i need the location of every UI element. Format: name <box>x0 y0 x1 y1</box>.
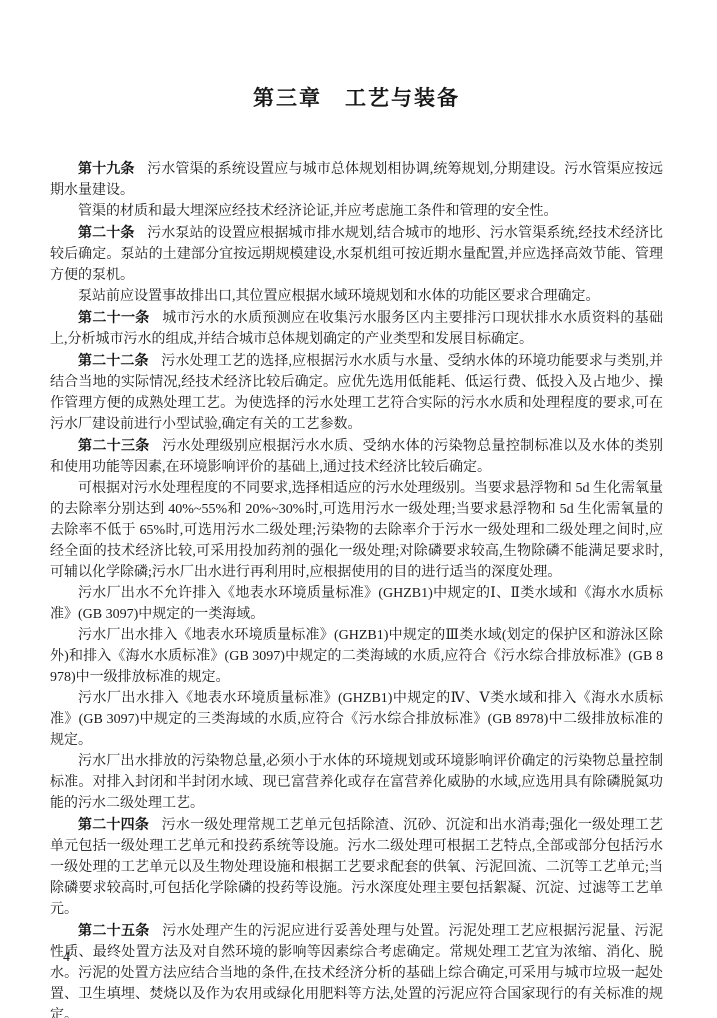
paragraph: 管渠的材质和最大埋深应经技术经济论证,并应考虑施工条件和管理的安全性。 <box>50 201 663 222</box>
paragraph: 第二十三条污水处理级别应根据污水水质、受纳水体的污染物总量控制标准以及水体的类别… <box>50 435 663 478</box>
paragraph-text: 污水厂出水排放的污染物总量,必须小于水体的环境规划或环境影响评价确定的污染物总量… <box>50 754 663 811</box>
article-number: 第二十条 <box>78 224 135 240</box>
document-body: 第十九条污水管渠的系统设置应与城市总体规划相协调,统筹规划,分期建设。污水管渠应… <box>50 158 663 1018</box>
paragraph-text: 污水处理产生的污泥应进行妥善处理与处置。污泥处理工艺应根据污泥量、污泥性质、最终… <box>50 924 663 1018</box>
paragraph: 第二十五条污水处理产生的污泥应进行妥善处理与处置。污泥处理工艺应根据污泥量、污泥… <box>50 920 663 1018</box>
article-number: 第二十二条 <box>78 352 149 368</box>
paragraph: 第二十四条污水一级处理常规工艺单元包括除渣、沉砂、沉淀和出水消毒;强化一级处理工… <box>50 814 663 920</box>
paragraph-text: 污水厂出水排入《地表水环境质量标准》(GHZB1)中规定的Ⅲ类水域(划定的保护区… <box>50 628 663 685</box>
article-number: 第二十五条 <box>78 922 150 938</box>
chapter-title: 第三章 工艺与装备 <box>50 86 663 112</box>
paragraph: 污水厂出水不允许排入《地表水环境质量标准》(GHZB1)中规定的Ⅰ、Ⅱ类水域和《… <box>50 583 663 625</box>
paragraph: 泵站前应设置事故排出口,其位置应根据水域环境规划和水体的功能区要求合理确定。 <box>50 286 663 307</box>
paragraph: 第二十一条城市污水的水质预测应在收集污水服务区内主要排污口现状排水水质资料的基础… <box>50 307 663 350</box>
paragraph: 污水厂出水排放的污染物总量,必须小于水体的环境规划或环境影响评价确定的污染物总量… <box>50 751 663 814</box>
article-number: 第二十一条 <box>78 309 150 325</box>
article-number: 第二十三条 <box>78 437 150 453</box>
paragraph: 第二十二条污水处理工艺的选择,应根据污水水质与水量、受纳水体的环境功能要求与类别… <box>50 350 663 435</box>
paragraph-text: 可根据对污水处理程度的不同要求,选择相适应的污水处理级别。当要求悬浮物和 5d … <box>50 481 663 580</box>
paragraph: 第二十条污水泵站的设置应根据城市排水规划,结合城市的地形、污水管渠系统,经技术经… <box>50 222 663 286</box>
paragraph-text: 污水厂出水不允许排入《地表水环境质量标准》(GHZB1)中规定的Ⅰ、Ⅱ类水域和《… <box>50 586 663 622</box>
page-number: 4 <box>63 950 70 966</box>
paragraph-text: 污水泵站的设置应根据城市排水规划,结合城市的地形、污水管渠系统,经技术经济比较后… <box>50 226 663 283</box>
document-page: 第三章 工艺与装备 第十九条污水管渠的系统设置应与城市总体规划相协调,统筹规划,… <box>0 0 717 1018</box>
paragraph-text: 污水厂出水排入《地表水环境质量标准》(GHZB1)中规定的Ⅳ、Ⅴ类水域和排入《海… <box>50 691 663 748</box>
paragraph: 可根据对污水处理程度的不同要求,选择相适应的污水处理级别。当要求悬浮物和 5d … <box>50 478 663 583</box>
paragraph-text: 泵站前应设置事故排出口,其位置应根据水域环境规划和水体的功能区要求合理确定。 <box>78 289 600 304</box>
paragraph: 污水厂出水排入《地表水环境质量标准》(GHZB1)中规定的Ⅳ、Ⅴ类水域和排入《海… <box>50 688 663 751</box>
paragraph-text: 管渠的材质和最大埋深应经技术经济论证,并应考虑施工条件和管理的安全性。 <box>78 204 558 219</box>
paragraph-text: 污水管渠的系统设置应与城市总体规划相协调,统筹规划,分期建设。污水管渠应按远期水… <box>50 162 663 198</box>
paragraph: 第十九条污水管渠的系统设置应与城市总体规划相协调,统筹规划,分期建设。污水管渠应… <box>50 158 663 201</box>
article-number: 第十九条 <box>78 160 135 176</box>
paragraph-text: 污水一级处理常规工艺单元包括除渣、沉砂、沉淀和出水消毒;强化一级处理工艺单元包括… <box>50 818 663 917</box>
article-number: 第二十四条 <box>78 816 149 832</box>
paragraph: 污水厂出水排入《地表水环境质量标准》(GHZB1)中规定的Ⅲ类水域(划定的保护区… <box>50 625 663 688</box>
